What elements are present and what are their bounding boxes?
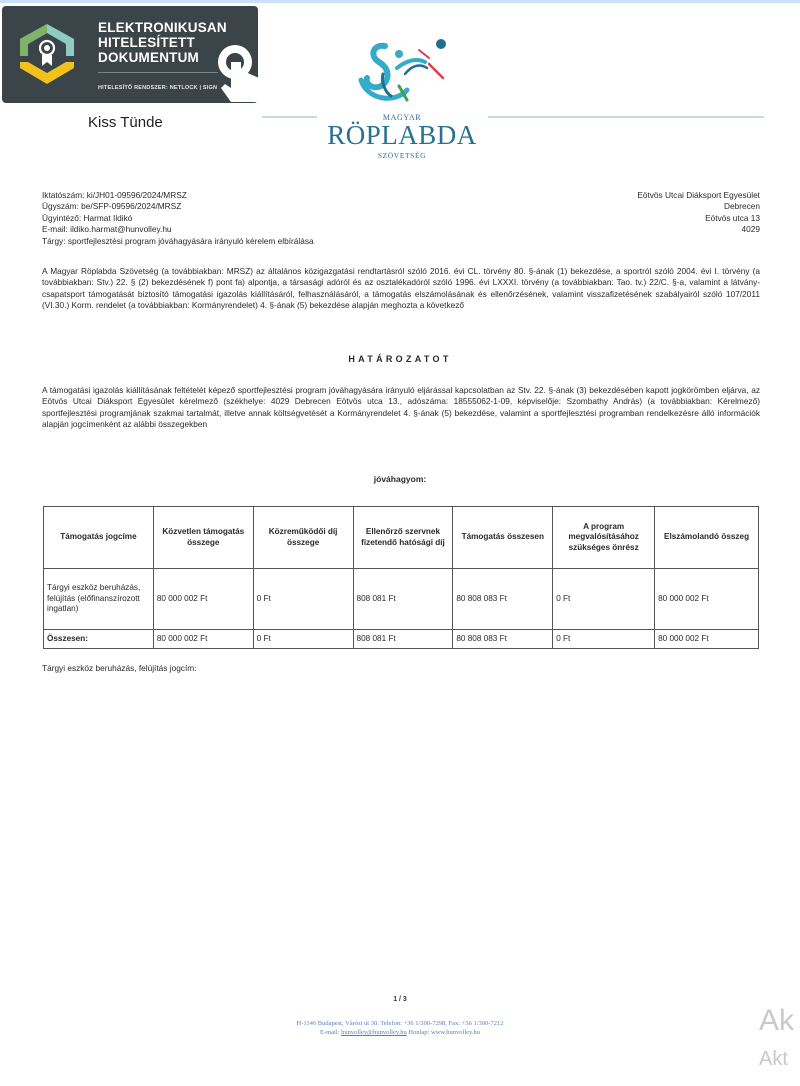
cell-total-support: 80 808 083 Ft <box>453 630 553 649</box>
decision-paragraph: A támogatási igazolás kiállításának felt… <box>42 385 760 431</box>
reference-block: Iktatószám: ki/JH01-09596/2024/MRSZ Ügys… <box>42 190 314 247</box>
cell-total-accountable-amount: 80 000 002 Ft <box>655 630 759 649</box>
case-number: Ügyszám: be/SFP-09596/2024/MRSZ <box>42 201 314 212</box>
approve-label: jóváhagyom: <box>0 474 800 484</box>
activation-watermark-title: Ak <box>759 1004 794 1038</box>
logo-text-bottom: SZÖVETSÉG <box>262 151 542 160</box>
volleyball-player-logo-icon <box>355 34 455 110</box>
badge-divider <box>98 72 218 73</box>
hand-pointer-icon <box>207 40 259 104</box>
footer-email-link[interactable]: hunvolley@hunvolley.hu <box>341 1029 407 1036</box>
footer-address: H-1146 Budapest, Várósi út 30. Telefon: … <box>0 1019 800 1028</box>
reference-number: Iktatószám: ki/JH01-09596/2024/MRSZ <box>42 190 314 201</box>
header-own-contribution: A program megvalósításához szükséges önr… <box>553 507 655 569</box>
intro-paragraph: A Magyar Röplabda Szövetség (a továbbiak… <box>42 266 760 312</box>
footer-web-label: Honlap: <box>408 1029 429 1036</box>
footer-web-link[interactable]: www.hunvolley.hu <box>431 1029 480 1036</box>
header-authority-fee: Ellenőrző szervnek fizetendő hatósági dí… <box>353 507 453 569</box>
contact-email: E-mail: ildiko.harmat@hunvolley.hu <box>42 224 314 235</box>
logo-text-name: RÖPLABDA <box>262 120 542 151</box>
recipient-name: Eötvös Utcai Diáksport Egyesület <box>637 190 760 201</box>
table-total-row: Összesen: 80 000 002 Ft 0 Ft 808 081 Ft … <box>44 630 759 649</box>
cell-total-intermediary-fee: 0 Ft <box>253 630 353 649</box>
section-note: Tárgyi eszköz beruházás, felújítás jogcí… <box>42 663 196 674</box>
header-accountable-amount: Elszámolandó összeg <box>655 507 759 569</box>
cell-support-total: 80 808 083 Ft <box>453 569 553 630</box>
case-officer: Ügyintéző: Harmat Ildikó <box>42 213 314 224</box>
cell-total-authority-fee: 808 081 Ft <box>353 630 453 649</box>
header-direct-support: Közvetlen támogatás összege <box>153 507 253 569</box>
page-number: 1 / 3 <box>0 996 800 1003</box>
letterhead-footer: H-1146 Budapest, Várósi út 30. Telefon: … <box>0 1019 800 1037</box>
e-authentication-badge: ELEKTRONIKUSAN HITELESÍTETT DOKUMENTUM H… <box>2 6 258 103</box>
subject-line: Tárgy: sportfejlesztési program jóváhagy… <box>42 236 314 247</box>
funding-table: Támogatás jogcíme Közvetlen támogatás ös… <box>43 506 759 649</box>
recipient-city: Debrecen <box>637 201 760 212</box>
recipient-address: Eötvös Utcai Diáksport Egyesület Debrece… <box>637 190 760 236</box>
cell-direct-support: 80 000 002 Ft <box>153 569 253 630</box>
cell-authority-fee: 808 081 Ft <box>353 569 453 630</box>
cell-legal-title: Tárgyi eszköz beruházás, felújítás (előf… <box>44 569 154 630</box>
badge-subtitle: HITELESÍTŐ RENDSZER: NETLOCK | SIGN <box>98 85 217 91</box>
cell-intermediary-fee: 0 Ft <box>253 569 353 630</box>
table-row: Tárgyi eszköz beruházás, felújítás (előf… <box>44 569 759 630</box>
certificate-hexagon-icon <box>16 22 78 88</box>
cell-total-direct-support: 80 000 002 Ft <box>153 630 253 649</box>
signer-name: Kiss Tünde <box>88 114 163 131</box>
header-intermediary-fee: Közreműködői díj összege <box>253 507 353 569</box>
cell-total-label: Összesen: <box>44 630 154 649</box>
header-legal-title: Támogatás jogcíme <box>44 507 154 569</box>
footer-email-label: E-mail: <box>320 1029 340 1036</box>
header-support-total: Támogatás összesen <box>453 507 553 569</box>
recipient-street: Eötvös utca 13 <box>637 213 760 224</box>
table-header-row: Támogatás jogcíme Közvetlen támogatás ös… <box>44 507 759 569</box>
cell-total-own-contribution: 0 Ft <box>553 630 655 649</box>
window-top-bar <box>0 0 800 3</box>
cell-own-contribution: 0 Ft <box>553 569 655 630</box>
cell-accountable-amount: 80 000 002 Ft <box>655 569 759 630</box>
recipient-postcode: 4029 <box>637 224 760 235</box>
decision-heading: HATÁROZATOT <box>0 354 800 364</box>
activation-watermark-subtitle: Akt <box>759 1048 788 1071</box>
